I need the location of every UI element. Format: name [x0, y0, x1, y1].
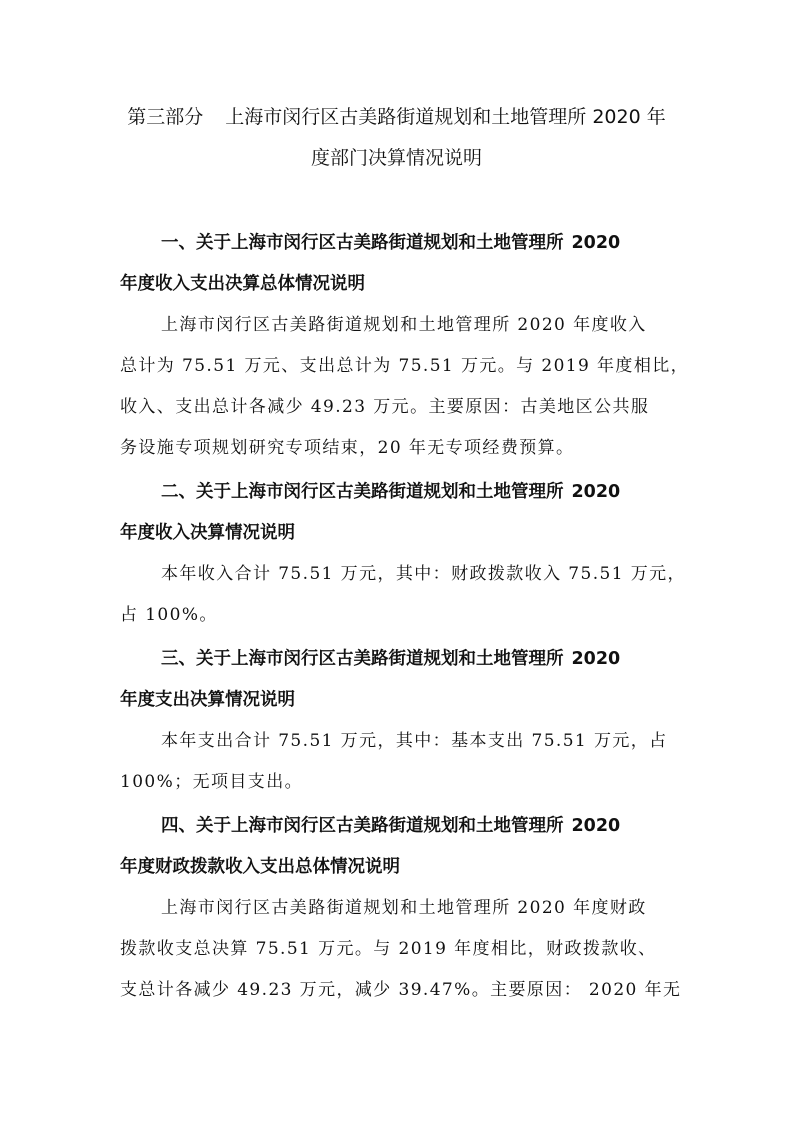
section-2-paragraph-line: 占 100%。: [120, 603, 680, 627]
section-1-heading-line-1: 一、关于上海市闵行区古美路街道规划和土地管理所2020: [161, 231, 721, 255]
title-text-1: 上海市闵行区古美路街道规划和土地管理所 2020 年: [225, 106, 665, 128]
section-1-heading-year: 2020: [572, 233, 621, 253]
section-2-heading-text: 二、关于上海市闵行区古美路街道规划和土地管理所: [161, 482, 564, 502]
section-1-heading-text: 一、关于上海市闵行区古美路街道规划和土地管理所: [161, 233, 564, 253]
section-3-paragraph-line: 100%；无项目支出。: [120, 770, 680, 794]
section-2-heading-line-2: 年度收入决算情况说明: [120, 521, 680, 545]
section-4-paragraph-line: 上海市闵行区古美路街道规划和土地管理所 2020 年度财政: [161, 896, 721, 920]
section-4-paragraph-line: 拨款收支总决算 75.51 万元。与 2019 年度相比，财政拨款收、: [120, 937, 680, 961]
section-1-paragraph-line: 收入、支出总计各减少 49.23 万元。主要原因：古美地区公共服: [120, 395, 680, 419]
section-1-paragraph-line: 上海市闵行区古美路街道规划和土地管理所 2020 年度收入: [161, 313, 721, 337]
section-3-heading-text: 三、关于上海市闵行区古美路街道规划和土地管理所: [161, 649, 564, 669]
title-part-label: 第三部分: [127, 106, 203, 128]
section-4-heading-line-1: 四、关于上海市闵行区古美路街道规划和土地管理所2020: [161, 814, 721, 838]
document-title-line-1: 第三部分上海市闵行区古美路街道规划和土地管理所 2020 年: [0, 105, 793, 129]
document-page: 第三部分上海市闵行区古美路街道规划和土地管理所 2020 年 度部门决算情况说明…: [0, 0, 793, 1122]
section-3-heading-year: 2020: [572, 649, 621, 669]
section-3-paragraph-line: 本年支出合计 75.51 万元，其中：基本支出 75.51 万元，占: [161, 729, 721, 753]
section-4-heading-year: 2020: [572, 816, 621, 836]
section-2-heading-line-1: 二、关于上海市闵行区古美路街道规划和土地管理所2020: [161, 480, 721, 504]
section-4-heading-line-2: 年度财政拨款收入支出总体情况说明: [120, 855, 680, 879]
section-4-paragraph-line: 支总计各减少 49.23 万元，减少 39.47%。主要原因： 2020 年无: [120, 978, 680, 1002]
section-1-paragraph-line: 务设施专项规划研究专项结束，20 年无专项经费预算。: [120, 436, 680, 460]
section-3-heading-line-2: 年度支出决算情况说明: [120, 688, 680, 712]
section-2-heading-year: 2020: [572, 482, 621, 502]
section-3-heading-line-1: 三、关于上海市闵行区古美路街道规划和土地管理所2020: [161, 647, 721, 671]
section-2-paragraph-line: 本年收入合计 75.51 万元，其中：财政拨款收入 75.51 万元，: [161, 562, 721, 586]
section-1-paragraph-line: 总计为 75.51 万元、支出总计为 75.51 万元。与 2019 年度相比，: [120, 354, 680, 378]
section-4-heading-text: 四、关于上海市闵行区古美路街道规划和土地管理所: [161, 816, 564, 836]
section-1-heading-line-2: 年度收入支出决算总体情况说明: [120, 272, 680, 296]
document-title-line-2: 度部门决算情况说明: [0, 146, 793, 170]
